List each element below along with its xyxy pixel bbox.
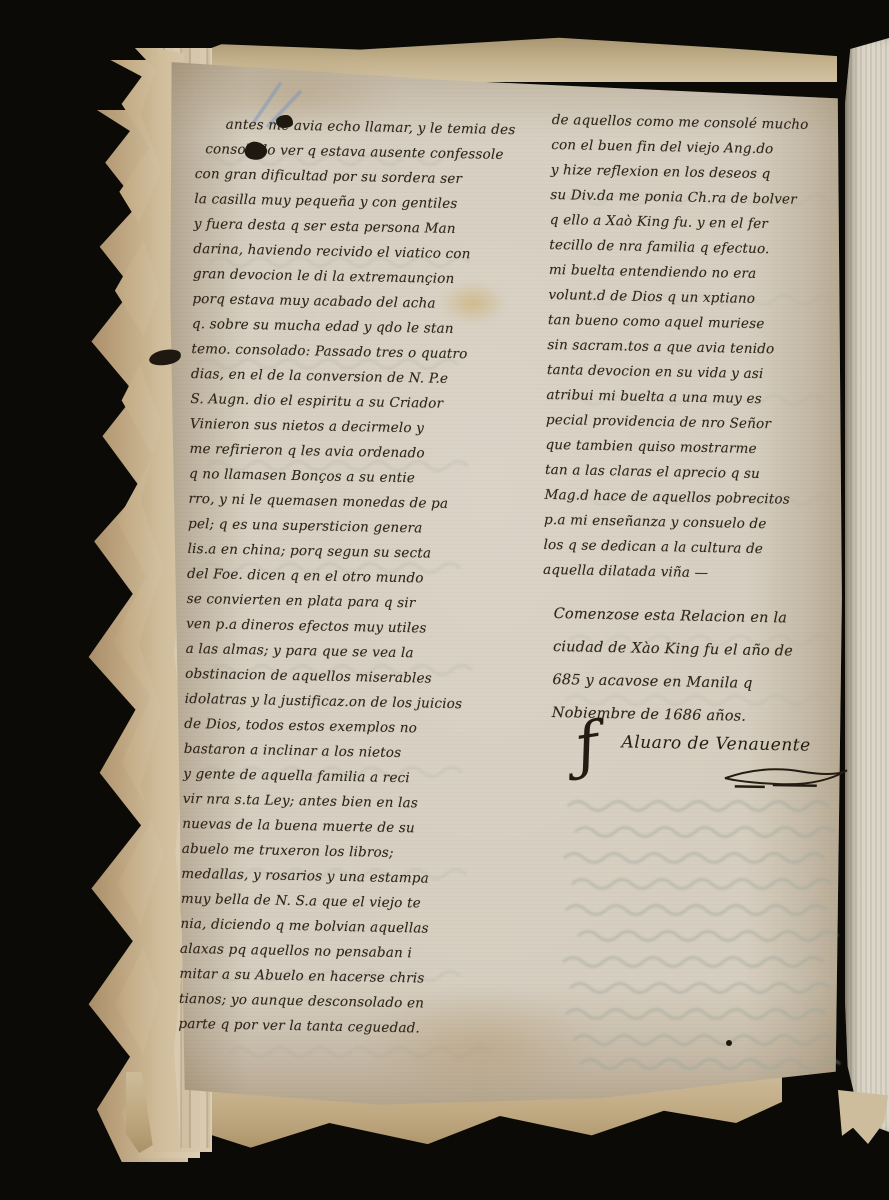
signature-initial: ƒ — [571, 714, 603, 777]
text-column-left: antes me avia echo llamar, y le temia de… — [178, 112, 548, 1044]
facing-leaf-torn-corner — [838, 1090, 888, 1144]
signature-name: Aluaro de Venauente — [621, 732, 810, 755]
facing-leaf-edge — [845, 38, 889, 1132]
signature: ƒ Aluaro de Venauente — [574, 716, 856, 831]
manuscript-photo: antes me avia echo llamar, y le temia de… — [0, 0, 889, 1200]
ink-blot — [276, 115, 293, 128]
ink-speck — [726, 1040, 732, 1046]
text-column-right: de aquellos como me consolé mucho con el… — [543, 108, 852, 589]
signature-rubric — [721, 762, 851, 792]
